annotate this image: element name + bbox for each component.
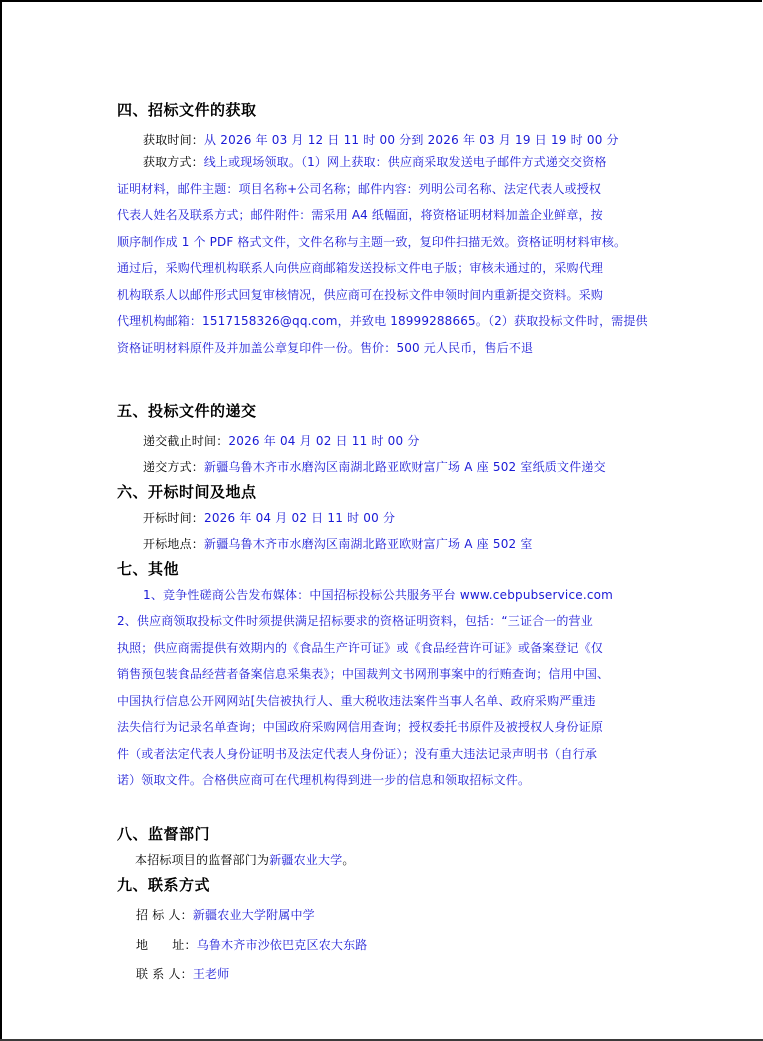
acquire-time-value: 从 2026 年 03 月 12 日 11 时 00 分到 2026 年 03 …	[204, 133, 619, 147]
acquire-method-label: 获取方式：	[143, 155, 204, 169]
submit-deadline-row: 递交截止时间：2026 年 04 月 02 日 11 时 00 分	[143, 432, 420, 449]
acquire-method-line-1: 线上或现场领取。（1）网上获取：供应商采取发送电子邮件方式递交交资格	[204, 155, 607, 169]
contact-row-tenderer: 招 标 人：新疆农业大学附属中学	[136, 906, 315, 923]
submit-method-row: 递交方式：新疆乌鲁木齐市水磨沟区南湖北路亚欧财富广场 A 座 502 室纸质文件…	[143, 458, 606, 475]
acquire-method-line-5: 通过后，采购代理机构联系人向供应商邮箱发送投标文件电子版；审核未通过的，采购代理	[117, 255, 652, 282]
opening-place-row: 开标地点：新疆乌鲁木齐市水磨沟区南湖北路亚欧财富广场 A 座 502 室	[143, 535, 533, 552]
contact-label-person: 联 系 人：	[136, 967, 193, 981]
section-5-title: 五、投标文件的递交	[117, 400, 257, 421]
opening-time-value: 2026 年 04 月 02 日 11 时 00 分	[204, 511, 395, 525]
contact-row-address: 地 址：乌鲁木齐市沙依巴克区农大东路	[136, 936, 368, 953]
supervision-suffix: 。	[342, 853, 354, 867]
other-item-1: 1、竞争性磋商公告发布媒体：中国招标投标公共服务平台 www.cebpubser…	[143, 586, 613, 603]
opening-time-label: 开标时间：	[143, 511, 204, 525]
document-page: 四、招标文件的获取 获取时间：从 2026 年 03 月 12 日 11 时 0…	[0, 0, 763, 1041]
acquire-method-line-7: 代理机构邮箱：1517158326@qq.com，并致电 18999288665…	[117, 308, 652, 335]
submit-method-value: 新疆乌鲁木齐市水磨沟区南湖北路亚欧财富广场 A 座 502 室纸质文件递交	[204, 460, 606, 474]
other-item-2-paragraph: 2、供应商领取投标文件时须提供满足招标要求的资格证明资料，包括：“三证合一的营业…	[117, 608, 652, 794]
contact-label-tenderer: 招 标 人：	[136, 908, 193, 922]
contact-row-person: 联 系 人：王老师	[136, 965, 229, 982]
other-item-2-line-3: 销售预包装食品经营者备案信息采集表》；中国裁判文书网刑事案中的行贿查询；信用中国…	[117, 661, 652, 688]
submit-method-label: 递交方式：	[143, 460, 204, 474]
opening-time-row: 开标时间：2026 年 04 月 02 日 11 时 00 分	[143, 509, 395, 526]
submit-deadline-label: 递交截止时间：	[143, 434, 228, 448]
supervision-text: 本招标项目的监督部门为新疆农业大学。	[135, 851, 355, 868]
acquire-method-line-8: 资格证明材料原件及并加盖公章复印件一份。售价：500 元人民币，售后不退	[117, 335, 652, 362]
submit-deadline-value: 2026 年 04 月 02 日 11 时 00 分	[228, 434, 419, 448]
opening-place-label: 开标地点：	[143, 537, 204, 551]
section-6-title: 六、开标时间及地点	[117, 481, 257, 502]
supervision-department: 新疆农业大学	[269, 853, 342, 867]
acquire-method-line-3: 代表人姓名及联系方式；邮件附件：需采用 A4 纸幅面，将资格证明材料加盖企业鲜章…	[117, 202, 652, 229]
contact-value-person: 王老师	[193, 967, 230, 981]
contact-value-address: 乌鲁木齐市沙依巴克区农大东路	[197, 938, 368, 952]
acquire-method-line-6: 机构联系人以邮件形式回复审核情况，供应商可在投标文件申领时间内重新提交资料。采购	[117, 282, 652, 309]
acquire-method-line-2: 证明材料，邮件主题：项目名称+公司名称；邮件内容：列明公司名称、法定代表人或授权	[117, 176, 652, 203]
acquire-method-paragraph: 获取方式：线上或现场领取。（1）网上获取：供应商采取发送电子邮件方式递交交资格 …	[117, 149, 652, 361]
section-7-title: 七、其他	[117, 558, 179, 579]
contact-value-tenderer: 新疆农业大学附属中学	[193, 908, 315, 922]
other-item-2-line-4: 中国执行信息公开网网站[失信被执行人、重大税收违法案件当事人名单、政府采购严重违	[117, 688, 652, 715]
other-item-2-line-2: 执照；供应商需提供有效期内的《食品生产许可证》或《食品经营许可证》或备案登记《仅	[117, 635, 652, 662]
contact-label-address: 地 址：	[136, 938, 197, 952]
other-item-2-line-7: 诺）领取文件。合格供应商可在代理机构得到进一步的信息和领取招标文件。	[117, 767, 652, 794]
acquire-time-label: 获取时间：	[143, 133, 204, 147]
section-8-title: 八、监督部门	[117, 823, 210, 844]
opening-place-value: 新疆乌鲁木齐市水磨沟区南湖北路亚欧财富广场 A 座 502 室	[204, 537, 533, 551]
acquire-time-row: 获取时间：从 2026 年 03 月 12 日 11 时 00 分到 2026 …	[143, 131, 619, 148]
acquire-method-line-4: 顺序制作成 1 个 PDF 格式文件，文件名称与主题一致，复印件扫描无效。资格证…	[117, 229, 652, 256]
other-item-2-line-6: 件（或者法定代表人身份证明书及法定代表人身份证）；没有重大违法记录声明书（自行承	[117, 741, 652, 768]
section-4-title: 四、招标文件的获取	[117, 99, 257, 120]
supervision-prefix: 本招标项目的监督部门为	[135, 853, 269, 867]
section-9-title: 九、联系方式	[117, 874, 210, 895]
other-item-2-line-5: 法失信行为记录名单查询；中国政府采购网信用查询；授权委托书原件及被授权人身份证原	[117, 714, 652, 741]
other-item-2-line-1: 2、供应商领取投标文件时须提供满足招标要求的资格证明资料，包括：“三证合一的营业	[117, 608, 652, 635]
